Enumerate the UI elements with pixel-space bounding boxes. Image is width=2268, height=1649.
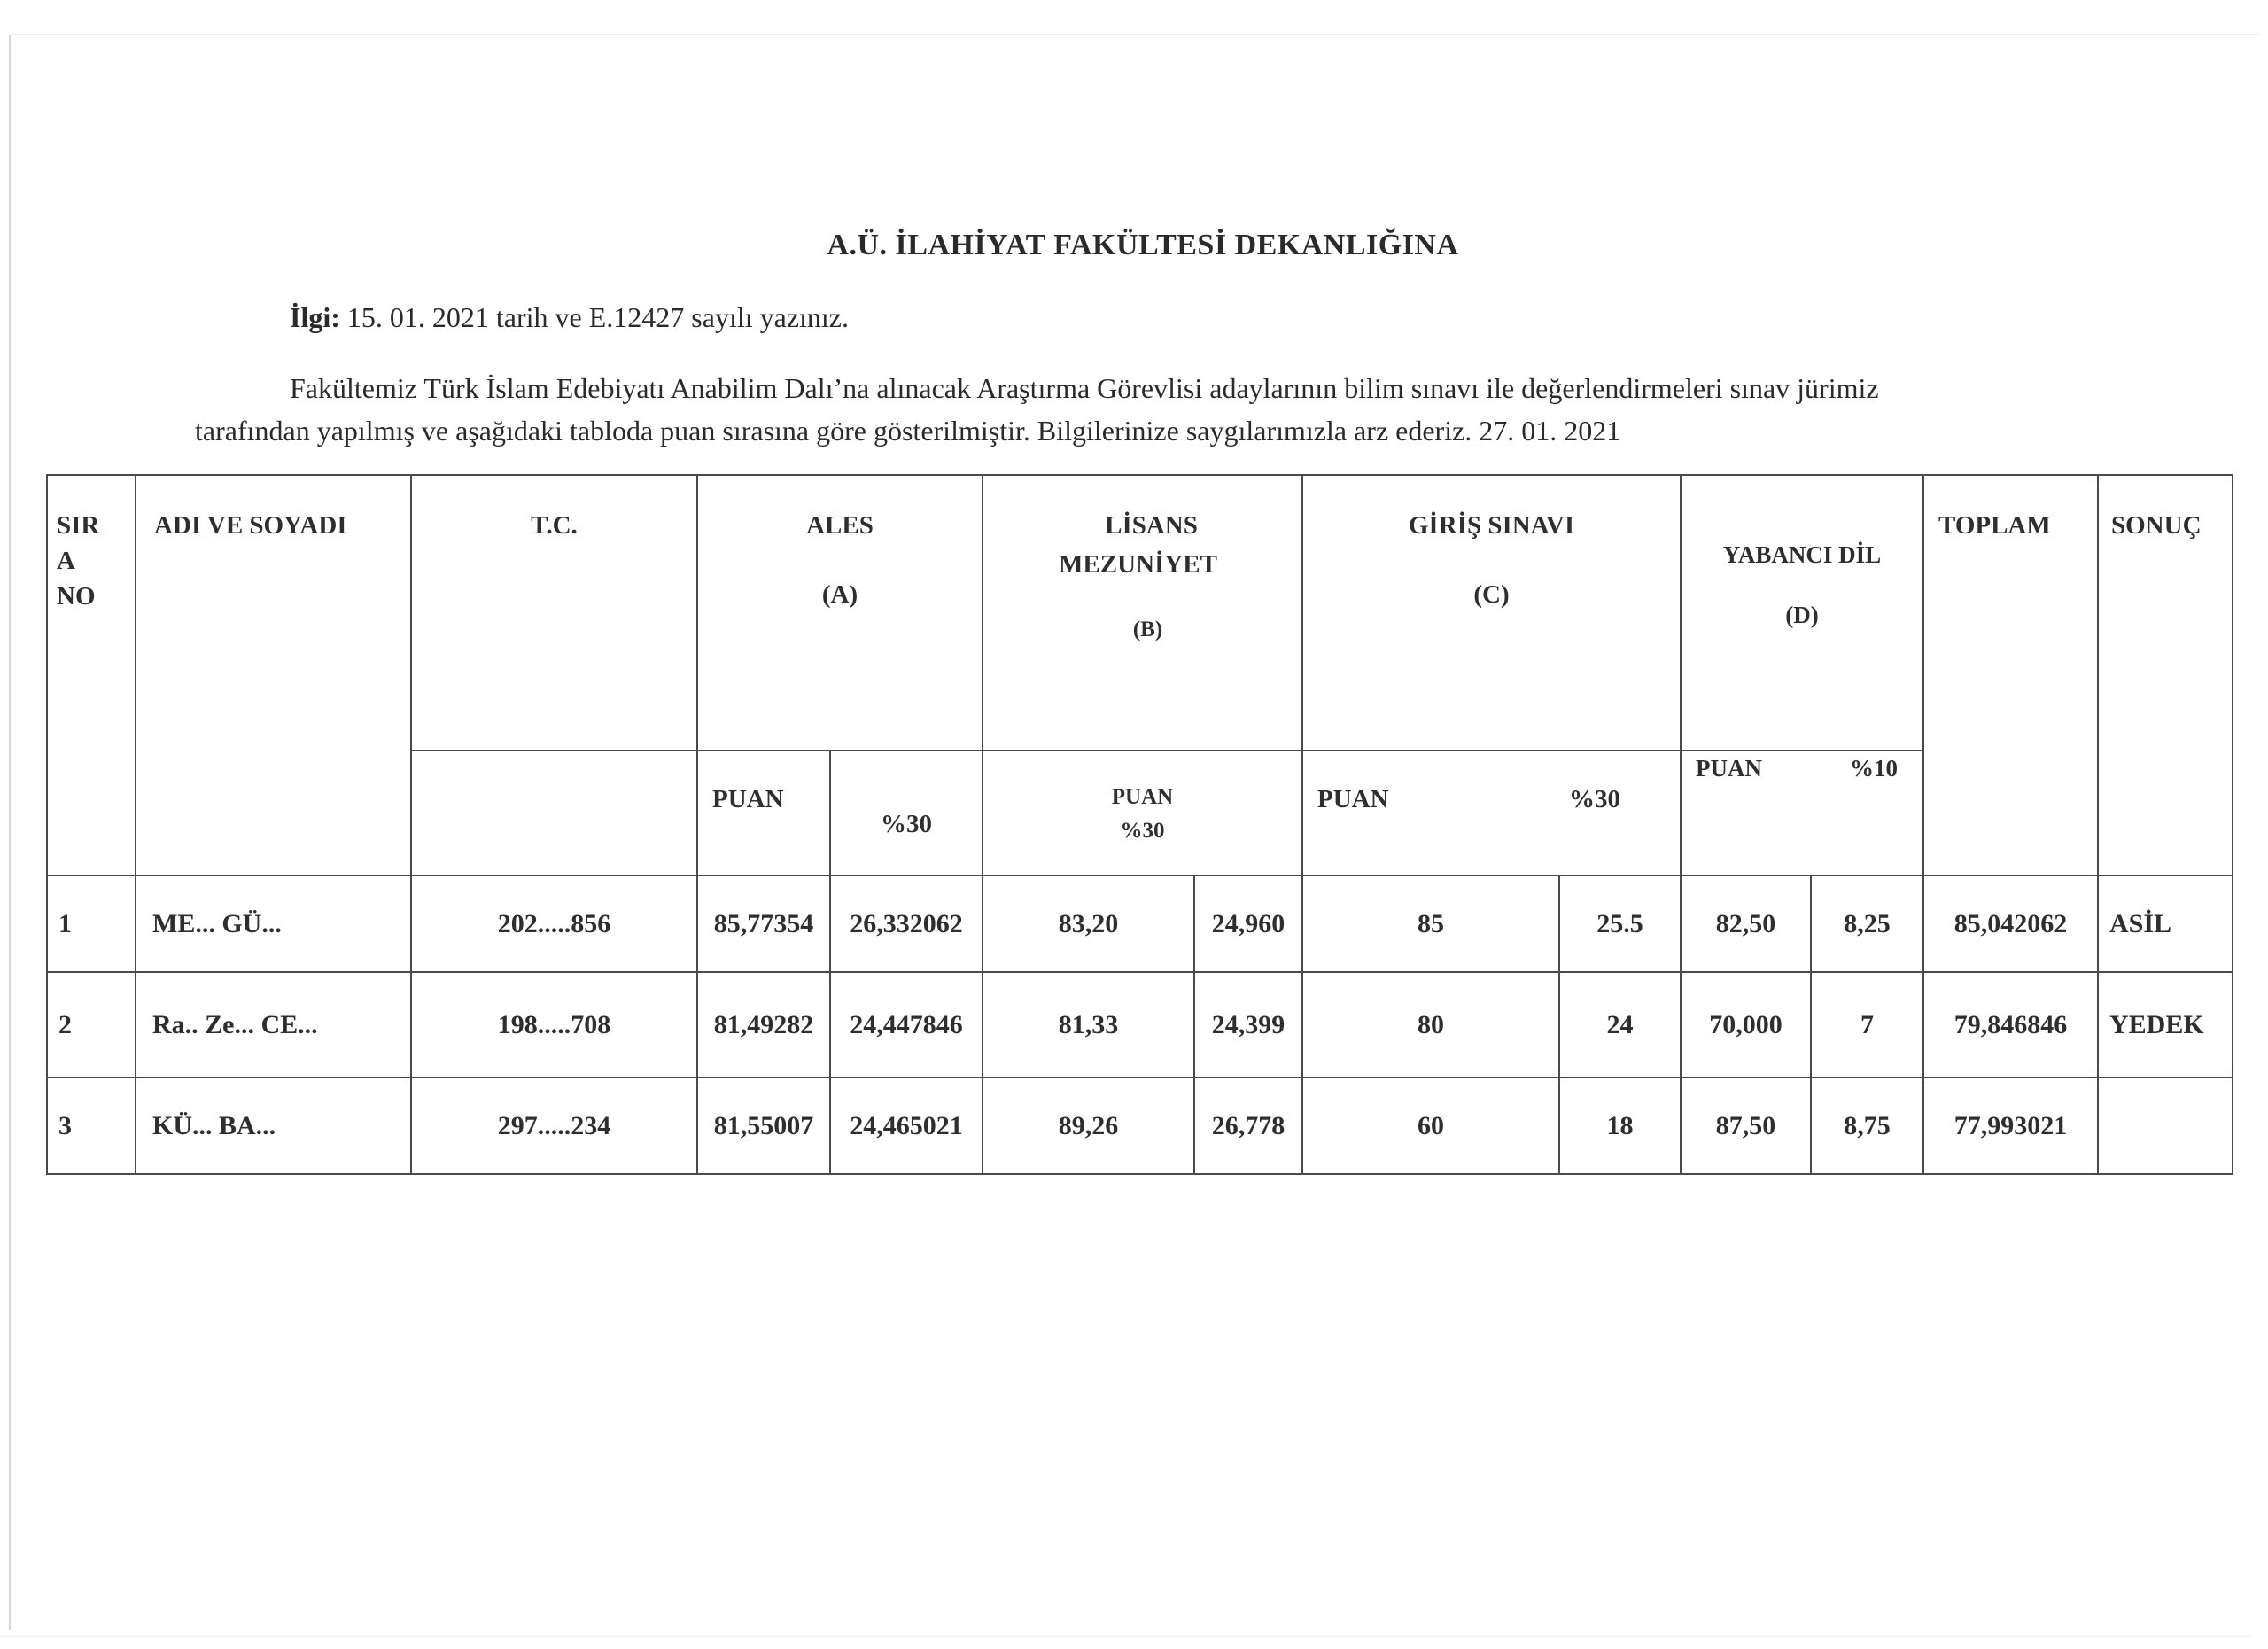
cell-value-yabanci-pct: 8,25 [1812,909,1922,939]
header-giris-code: (C) [1303,580,1680,610]
header-lisans-pct-label: %30 [983,819,1301,844]
table-cell-lisans-pct: 24,960 [1193,875,1303,973]
table-cell-name: ME... GÜ... [135,875,412,973]
header-lisans-code: (B) [994,618,1301,642]
header-yabanci-sub: PUAN%10 [1680,750,1924,876]
header-tc-label: T.C. [412,511,696,541]
table-cell-ales-pct: 26,332062 [829,875,983,973]
table-cell-giris-pct: 18 [1558,1077,1682,1175]
header-yabanci-pct-label: %10 [1850,755,1898,782]
table-cell-lisans-pct: 24,399 [1193,971,1303,1078]
cell-value-toplam: 79,846846 [1924,1010,2097,1040]
header-yabanci: YABANCI DİL(D) [1680,474,1924,751]
body-paragraph: Fakültemiz Türk İslam Edebiyatı Anabilim… [195,367,2091,452]
paragraph-line-1: Fakültemiz Türk İslam Edebiyatı Anabilim… [195,367,2091,409]
cell-value-tc: 297.....234 [412,1111,696,1141]
cell-value-lisans-pct: 26,778 [1195,1111,1301,1141]
header-ales-code: (A) [698,580,982,610]
header-yabanci-puan-label: PUAN [1696,755,1762,782]
reference-line: İlgi: 15. 01. 2021 tarih ve E.12427 sayı… [290,301,849,334]
table-cell-giris-pct: 25.5 [1558,875,1682,973]
table-cell-tc: 202.....856 [410,875,698,973]
table-cell-no: 2 [46,971,136,1078]
header-giris-title: GİRİŞ SINAVI [1303,511,1680,541]
table-cell-name: Ra.. Ze... CE... [135,971,412,1078]
cell-value-yabanci-pct: 7 [1812,1010,1922,1040]
scan-edge-top [9,34,2259,35]
cell-value-giris-pct: 18 [1560,1111,1680,1141]
cell-value-giris-puan: 80 [1303,1010,1558,1040]
table-cell-toplam: 79,846846 [1922,971,2099,1078]
header-yabanci-code: (D) [1682,602,1922,629]
header-lisans: LİSANSMEZUNİYET(B) [982,474,1303,751]
cell-value-toplam: 85,042062 [1924,909,2097,939]
header-lisans-title-2: MEZUNİYET [975,550,1301,579]
table-cell-tc: 198.....708 [410,971,698,1078]
header-ales: ALES(A) [696,474,983,751]
cell-value-ales-puan: 81,49282 [698,1010,829,1040]
header-lisans-puan-label: PUAN [983,785,1301,810]
table-cell-yabanci-puan: 70,000 [1680,971,1812,1078]
reference-label: İlgi: [290,301,340,333]
cell-value-yabanci-puan: 82,50 [1682,909,1810,939]
cell-value-tc: 198.....708 [412,1010,696,1040]
header-ales-puan: PUAN [696,750,831,876]
table-cell-yabanci-pct: 8,25 [1810,875,1924,973]
header-ales-puan-label: PUAN [712,785,784,814]
cell-value-name: KÜ... BA... [152,1111,276,1141]
table-cell-ales-pct: 24,465021 [829,1077,983,1175]
header-lisans-title-1: LİSANS [1001,511,1301,541]
document-title: A.Ü. İLAHİYAT FAKÜLTESİ DEKANLIĞINA [0,229,2268,262]
header-sonuc-label: SONUÇ [2111,511,2202,541]
header-toplam: TOPLAM [1922,474,2099,876]
header-ales-title: ALES [698,511,982,541]
cell-value-name: ME... GÜ... [152,909,282,939]
header-giris-pct-label: %30 [1569,785,1620,814]
cell-value-ales-puan: 81,55007 [698,1111,829,1141]
table-cell-lisans-pct: 26,778 [1193,1077,1303,1175]
header-lisans-sub: PUAN%30 [982,750,1303,876]
header-toplam-label: TOPLAM [1938,511,2051,541]
cell-value-lisans-puan: 83,20 [983,909,1193,939]
cell-value-giris-puan: 60 [1303,1111,1558,1141]
cell-value-tc: 202.....856 [412,909,696,939]
header-sira-no: SIRANO [46,474,136,876]
table-cell-ales-puan: 81,55007 [696,1077,831,1175]
cell-value-giris-puan: 85 [1303,909,1558,939]
cell-value-lisans-pct: 24,399 [1195,1010,1301,1040]
cell-value-name: Ra.. Ze... CE... [152,1010,318,1040]
table-cell-yabanci-pct: 8,75 [1810,1077,1924,1175]
table-cell-tc: 297.....234 [410,1077,698,1175]
header-sira-no-line: A [57,547,75,576]
table-cell-lisans-puan: 83,20 [982,875,1195,973]
paragraph-line-2: tarafından yapılmış ve aşağıdaki tabloda… [195,409,2091,452]
header-tc: T.C. [410,474,698,751]
cell-value-yabanci-pct: 8,75 [1812,1111,1922,1141]
table-cell-sonuc: ASİL [2097,875,2233,973]
table-cell-lisans-puan: 81,33 [982,971,1195,1078]
cell-value-ales-pct: 24,465021 [831,1111,982,1141]
header-giris-puan-label: PUAN [1317,785,1389,814]
table-cell-ales-pct: 24,447846 [829,971,983,1078]
scan-edge-bottom [0,1636,2250,1637]
cell-value-lisans-pct: 24,960 [1195,909,1301,939]
cell-value-giris-pct: 25.5 [1560,909,1680,939]
cell-value-toplam: 77,993021 [1924,1111,2097,1141]
cell-value-ales-puan: 85,77354 [698,909,829,939]
header-ales-pct-label: %30 [831,810,982,839]
cell-value-giris-pct: 24 [1560,1010,1680,1040]
header-sira-no-line: NO [57,582,96,611]
cell-value-lisans-puan: 81,33 [983,1010,1193,1040]
cell-value-sonuc: YEDEK [2109,1010,2204,1040]
table-cell-no: 1 [46,875,136,973]
table-cell-sonuc: YEDEK [2097,971,2233,1078]
table-cell-ales-puan: 85,77354 [696,875,831,973]
table-cell-giris-puan: 80 [1301,971,1560,1078]
table-cell-yabanci-puan: 87,50 [1680,1077,1812,1175]
header-sira-no-line: SIR [57,511,99,541]
table-cell-lisans-puan: 89,26 [982,1077,1195,1175]
table-cell-sonuc [2097,1077,2233,1175]
table-cell-name: KÜ... BA... [135,1077,412,1175]
table-cell-yabanci-puan: 82,50 [1680,875,1812,973]
table-cell-giris-pct: 24 [1558,971,1682,1078]
cell-value-ales-pct: 24,447846 [831,1010,982,1040]
header-giris: GİRİŞ SINAVI(C) [1301,474,1682,751]
cell-value-sonuc: ASİL [2109,909,2171,939]
scan-edge-left [9,35,11,1630]
cell-value-yabanci-puan: 87,50 [1682,1111,1810,1141]
table-cell-yabanci-pct: 7 [1810,971,1924,1078]
cell-value-no: 1 [58,909,72,939]
cell-value-no: 3 [58,1111,72,1141]
header-giris-sub: PUAN%30 [1301,750,1682,876]
reference-text: 15. 01. 2021 tarih ve E.12427 sayılı yaz… [347,301,849,333]
cell-value-lisans-puan: 89,26 [983,1111,1193,1141]
table-cell-toplam: 77,993021 [1922,1077,2099,1175]
header-name: ADI VE SOYADI [135,474,412,876]
cell-value-yabanci-puan: 70,000 [1682,1010,1810,1040]
header-yabanci-title: YABANCI DİL [1682,541,1922,569]
header-tc-sub [410,750,698,876]
table-cell-no: 3 [46,1077,136,1175]
header-name-label: ADI VE SOYADI [154,511,347,541]
table-cell-toplam: 85,042062 [1922,875,2099,973]
header-ales-pct: %30 [829,750,983,876]
table-cell-giris-puan: 85 [1301,875,1560,973]
cell-value-ales-pct: 26,332062 [831,909,982,939]
header-sonuc: SONUÇ [2097,474,2233,876]
table-cell-ales-puan: 81,49282 [696,971,831,1078]
cell-value-no: 2 [58,1010,72,1040]
table-cell-giris-puan: 60 [1301,1077,1560,1175]
